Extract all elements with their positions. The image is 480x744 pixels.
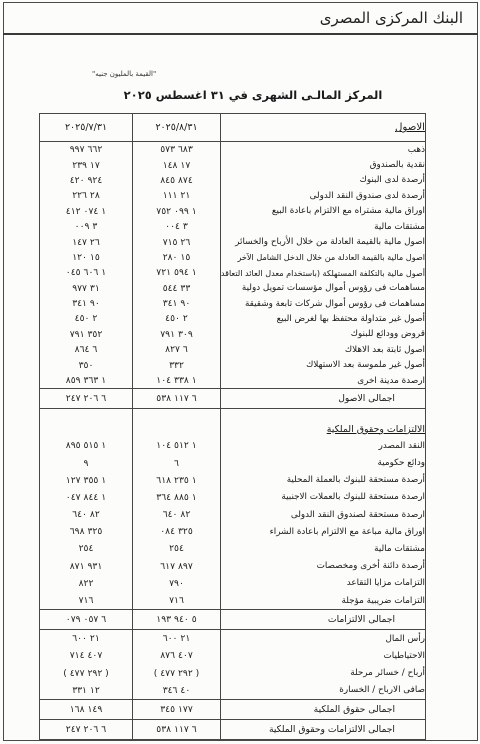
value-jul: ٢٨ ٢٢٦ bbox=[40, 188, 133, 203]
value-jul: ٨٢٢ bbox=[40, 575, 133, 592]
value-jul: ١ ٦٠٦ ٠٤٥ bbox=[40, 265, 133, 280]
value-jul: ١ ٨٤٤ ٠٤٧ bbox=[40, 489, 133, 506]
column-header-jul: ٢٠٢٥/٧/٣١ bbox=[40, 114, 133, 142]
row-label: التزامات ضريبية مؤجلة bbox=[221, 592, 426, 610]
table-row: ذهب ٦٨٣ ٥٧٣ ٦٦٢ ٩٩٧ bbox=[40, 142, 426, 158]
row-label: أرصدة مستحقة للبنوك بالعملة المحلية bbox=[221, 472, 426, 489]
value-aug: ١٥ ٢٨٠ bbox=[133, 250, 221, 265]
value-jul: ٣٥٠ bbox=[40, 357, 133, 372]
row-label: اوراق مالية مشتراه مع الالتزام باعادة ال… bbox=[221, 204, 426, 219]
table-row: ارصدة مستحقة للبنوك بالعملات الاجنبية ١ … bbox=[40, 489, 426, 506]
value-jul: ٣٢٥ ٦٩٨ bbox=[40, 523, 133, 540]
table-row: أرصدة لدى صندوق النقد الدولى ٢١ ١١١ ٢٨ ٢… bbox=[40, 188, 426, 203]
table-row: أصول غير ملموسة بعد الاستهلاك ٣٣٢ ٣٥٠ bbox=[40, 357, 426, 372]
value-aug: ٧١٦ bbox=[133, 592, 221, 610]
row-label: اجمالى الالتزامات وحقوق الملكية bbox=[221, 719, 426, 739]
row-label: أصول غير ملموسة بعد الاستهلاك bbox=[221, 357, 426, 372]
table-row: اصول مالية بالقيمة العادلة من خلال الأرب… bbox=[40, 234, 426, 249]
table-row: الاحتياطيات ٤٠٧ ٨٧٦ ٤٠٧ ٧١٤ bbox=[40, 647, 426, 664]
value-aug: ٦٨٣ ٥٧٣ bbox=[133, 142, 221, 158]
value-jul: ٣١ ٩٧٧ bbox=[40, 281, 133, 296]
table-row: ودائع حكومية ٦ ٩ bbox=[40, 454, 426, 471]
table-row: أصول غير متداولة محتفظ بها لغرض البيع ٢ … bbox=[40, 311, 426, 326]
total-equity-row: اجمالى حقوق الملكية ١٧٧ ٣٤٥ ١٤٩ ١٦٨ bbox=[40, 699, 426, 719]
value-aug: ٢١ ٦٠٠ bbox=[133, 630, 221, 648]
table-row: قروض وودائع للبنوك ٣٠٩ ٧٩١ ٣٥٢ ٧٩١ bbox=[40, 327, 426, 342]
row-label: اصول مالية بالقيمة العادلة من خلال الدخل… bbox=[221, 250, 426, 265]
value-jul: ٢١ ٦٠٠ bbox=[40, 630, 133, 648]
bank-name: البنك المركزى المصرى bbox=[320, 9, 463, 27]
table-row: اوراق مالية مشتراه مع الالتزام باعادة ال… bbox=[40, 204, 426, 219]
row-label: مشتقات مالية bbox=[221, 219, 426, 234]
table-row: التزامات مزايا التقاعد ٧٩٠ ٨٢٢ bbox=[40, 575, 426, 592]
value-aug: ٤٠٧ ٨٧٦ bbox=[133, 647, 221, 664]
value-aug: ٦ bbox=[133, 454, 221, 471]
grand-total-row: اجمالى الالتزامات وحقوق الملكية ٦ ١١٧ ٥٣… bbox=[40, 719, 426, 739]
table-row: رأس المال ٢١ ٦٠٠ ٢١ ٦٠٠ bbox=[40, 630, 426, 648]
value-aug: ٦ ١١٧ ٥٣٨ bbox=[133, 389, 221, 409]
total-liabilities-row: اجمالى الالتزامات ٥ ٩٤٠ ١٩٣ ٦ ٠٥٧ ٠٧٩ bbox=[40, 610, 426, 630]
value-jul: ٢ ٤٥٠ bbox=[40, 311, 133, 326]
row-label: ارصدة مدينة اخرى bbox=[221, 373, 426, 389]
row-label: ارصدة مستحقة للبنوك بالعملات الاجنبية bbox=[221, 489, 426, 506]
row-label: اجمالى حقوق الملكية bbox=[221, 699, 426, 719]
table-row: صافى الارباح / الخسارة ٤٠ ٣٤٦ ١٢ ٣٣١ bbox=[40, 682, 426, 700]
value-jul: ٤٠٧ ٧١٤ bbox=[40, 647, 133, 664]
value-aug: ( ٢٩٢ ٤٧٧ ) bbox=[133, 665, 221, 682]
value-aug: ٢ ٤٥٠ bbox=[133, 311, 221, 326]
table-row: اصول ثابتة بعد الاهلاك ٦ ٨٢٧ ٦ ٨٦٤ bbox=[40, 342, 426, 357]
value-jul: ٩٠ ٣٤١ bbox=[40, 296, 133, 311]
value-aug: ٤٠ ٣٤٦ bbox=[133, 682, 221, 700]
header-band: البنك المركزى المصرى bbox=[3, 2, 478, 35]
row-label: مساهمات فى رؤوس أموال مؤسسات تمويل دولية bbox=[221, 281, 426, 296]
row-label: ذهب bbox=[221, 142, 426, 158]
row-label: أرباح / خسائر مرحلة bbox=[221, 665, 426, 682]
assets-section-header: الاصول bbox=[221, 114, 426, 142]
value-jul: ١ ٥١٥ ٨٩٥ bbox=[40, 437, 133, 454]
value-aug: ٢٦ ٧١٥ bbox=[133, 234, 221, 249]
value-aug: ٩٠ ٣٤١ bbox=[133, 296, 221, 311]
table-row: مساهمات فى رؤوس أموال شركات تابعة وشقيقة… bbox=[40, 296, 426, 311]
value-jul: ١ ٣٥٥ ١٢٧ bbox=[40, 472, 133, 489]
value-jul: ٦٦٢ ٩٩٧ bbox=[40, 142, 133, 158]
value-jul: ٦ ٠٥٧ ٠٧٩ bbox=[40, 610, 133, 630]
row-label: الاحتياطيات bbox=[221, 647, 426, 664]
value-aug: ٦ ١١٧ ٥٣٨ bbox=[133, 719, 221, 739]
table-row: مساهمات فى رؤوس أموال مؤسسات تمويل دولية… bbox=[40, 281, 426, 296]
value-jul: ٩٢٤ ٤٢٠ bbox=[40, 173, 133, 188]
row-label: النقد المصدر bbox=[221, 437, 426, 454]
value-aug: ٨٧٤ ٨٤٥ bbox=[133, 173, 221, 188]
units-note: "القيمة بالمليون جنيه" bbox=[92, 70, 156, 78]
value-jul: ١٧ ٢٣٩ bbox=[40, 157, 133, 172]
table-row: أرصدة مستحقة للبنوك بالعملة المحلية ١ ٢٣… bbox=[40, 472, 426, 489]
value-jul: ٨٢ ٦٤٠ bbox=[40, 506, 133, 523]
value-jul: ٣ ٠٠٩ bbox=[40, 219, 133, 234]
table-row: اصول مالية بالقيمة العادلة من خلال الدخل… bbox=[40, 250, 426, 265]
row-label: اجمالى الالتزامات bbox=[221, 610, 426, 630]
table-row: مشتقات مالية ٢٥٤ ٢٥٤ bbox=[40, 540, 426, 557]
document-page: البنك المركزى المصرى "القيمة بالمليون جن… bbox=[0, 0, 480, 744]
table-row: مشتقات مالية ٣ ٠٠٤ ٣ ٠٠٩ bbox=[40, 219, 426, 234]
table-row: النقد المصدر ١ ٥١٢ ١٠٤ ١ ٥١٥ ٨٩٥ bbox=[40, 437, 426, 454]
value-aug: ١ ٠٩٩ ٧٥٢ bbox=[133, 204, 221, 219]
value-aug: ١ ٥١٢ ١٠٤ bbox=[133, 437, 221, 454]
value-jul: ٢٥٤ bbox=[40, 540, 133, 557]
value-jul: ٣٥٢ ٧٩١ bbox=[40, 327, 133, 342]
value-jul: ٦ ٢٠٦ ٢٤٧ bbox=[40, 719, 133, 739]
document-title: المركز المالـى الشهرى في ٣١ اغسطس ٢٠٢٥ bbox=[60, 88, 446, 102]
row-label: مساهمات فى رؤوس أموال شركات تابعة وشقيقة bbox=[221, 296, 426, 311]
value-jul: ٩ bbox=[40, 454, 133, 471]
spacer-row bbox=[40, 409, 426, 422]
row-label: مشتقات مالية bbox=[221, 540, 426, 557]
table-row: ارصدة مدينة اخرى ١ ٣٣٨ ١٠٤ ١ ٣٦٣ ٨٥٩ bbox=[40, 373, 426, 389]
value-jul: ٦ ٢٠٦ ٢٤٧ bbox=[40, 389, 133, 409]
row-label: صافى الارباح / الخسارة bbox=[221, 682, 426, 700]
value-aug: ٨٩٧ ٦١٧ bbox=[133, 558, 221, 575]
row-label: اصول مالية بالقيمة العادلة من خلال الأرب… bbox=[221, 234, 426, 249]
row-label: ودائع حكومية bbox=[221, 454, 426, 471]
value-aug: ٢٥٤ bbox=[133, 540, 221, 557]
value-jul: ١٤٩ ١٦٨ bbox=[40, 699, 133, 719]
value-aug: ٢١ ١١١ bbox=[133, 188, 221, 203]
row-label: قروض وودائع للبنوك bbox=[221, 327, 426, 342]
table-row: اوراق مالية مباعة مع الالتزام باعادة الش… bbox=[40, 523, 426, 540]
value-jul: ١ ٣٦٣ ٨٥٩ bbox=[40, 373, 133, 389]
table-row: أصول مالية بالتكلفة المستهلكة (باستخدام … bbox=[40, 265, 426, 280]
value-aug: ٨٢ ٦٤٠ bbox=[133, 506, 221, 523]
row-label: اجمالى الاصول bbox=[221, 389, 426, 409]
value-aug: ٧٩٠ bbox=[133, 575, 221, 592]
value-aug: ٣ ٠٠٤ bbox=[133, 219, 221, 234]
table-row: أرصدة لدى البنوك ٨٧٤ ٨٤٥ ٩٢٤ ٤٢٠ bbox=[40, 173, 426, 188]
value-aug: ٣٢٥ ٠٨٤ bbox=[133, 523, 221, 540]
row-label: اصول ثابتة بعد الاهلاك bbox=[221, 342, 426, 357]
value-aug: ١٧٧ ٣٤٥ bbox=[133, 699, 221, 719]
section-label: الالتزامات وحقوق الملكية bbox=[221, 421, 426, 437]
value-aug: ١ ٥٩٤ ٧٢١ bbox=[133, 265, 221, 280]
column-header-row: الاصول ٢٠٢٥/٨/٣١ ٢٠٢٥/٧/٣١ bbox=[40, 114, 426, 142]
value-jul: ١ ٠٧٤ ٤١٢ bbox=[40, 204, 133, 219]
financial-position-table: الاصول ٢٠٢٥/٨/٣١ ٢٠٢٥/٧/٣١ ذهب ٦٨٣ ٥٧٣ ٦… bbox=[39, 113, 426, 740]
row-label: نقدية بالصندوق bbox=[221, 157, 426, 172]
row-label: أرصدة لدى البنوك bbox=[221, 173, 426, 188]
row-label: رأس المال bbox=[221, 630, 426, 648]
value-aug: ٣٠٩ ٧٩١ bbox=[133, 327, 221, 342]
table-row: أرباح / خسائر مرحلة ( ٢٩٢ ٤٧٧ ) ( ٢٩٢ ٤٧… bbox=[40, 665, 426, 682]
liabilities-equity-section-row: الالتزامات وحقوق الملكية bbox=[40, 421, 426, 437]
value-aug: ٦ ٨٢٧ bbox=[133, 342, 221, 357]
value-jul: ١٥ ١٢٠ bbox=[40, 250, 133, 265]
value-jul: ٦ ٨٦٤ bbox=[40, 342, 133, 357]
row-label: أرصدة دائنة أخرى ومخصصات bbox=[221, 558, 426, 575]
value-jul: ٢٦ ١٤٧ bbox=[40, 234, 133, 249]
value-jul: ( ٢٩٢ ٤٧٧ ) bbox=[40, 665, 133, 682]
value-aug: ٣٣٢ bbox=[133, 357, 221, 372]
table-row: أرصدة دائنة أخرى ومخصصات ٨٩٧ ٦١٧ ٩٣١ ٨٧١ bbox=[40, 558, 426, 575]
row-label: أرصدة لدى صندوق النقد الدولى bbox=[221, 188, 426, 203]
column-header-aug: ٢٠٢٥/٨/٣١ bbox=[133, 114, 221, 142]
value-jul: ٧١٦ bbox=[40, 592, 133, 610]
total-assets-row: اجمالى الاصول ٦ ١١٧ ٥٣٨ ٦ ٢٠٦ ٢٤٧ bbox=[40, 389, 426, 409]
value-jul: ٩٣١ ٨٧١ bbox=[40, 558, 133, 575]
value-aug: ١ ٣٣٨ ١٠٤ bbox=[133, 373, 221, 389]
value-jul: ١٢ ٣٣١ bbox=[40, 682, 133, 700]
value-aug: ١ ٢٣٥ ٦١٨ bbox=[133, 472, 221, 489]
row-label: ارصدة مستحقة لصندوق النقد الدولى bbox=[221, 506, 426, 523]
table-row: التزامات ضريبية مؤجلة ٧١٦ ٧١٦ bbox=[40, 592, 426, 610]
row-label: أصول مالية بالتكلفة المستهلكة (باستخدام … bbox=[221, 265, 426, 280]
table-row: ارصدة مستحقة لصندوق النقد الدولى ٨٢ ٦٤٠ … bbox=[40, 506, 426, 523]
row-label: التزامات مزايا التقاعد bbox=[221, 575, 426, 592]
value-aug: ١٧ ١٤٨ bbox=[133, 157, 221, 172]
value-aug: ١ ٨٨٥ ٣٦٤ bbox=[133, 489, 221, 506]
row-label: اوراق مالية مباعة مع الالتزام باعادة الش… bbox=[221, 523, 426, 540]
row-label: أصول غير متداولة محتفظ بها لغرض البيع bbox=[221, 311, 426, 326]
value-aug: ٥ ٩٤٠ ١٩٣ bbox=[133, 610, 221, 630]
value-aug: ٣٣ ٥٤٤ bbox=[133, 281, 221, 296]
table-row: نقدية بالصندوق ١٧ ١٤٨ ١٧ ٢٣٩ bbox=[40, 157, 426, 172]
